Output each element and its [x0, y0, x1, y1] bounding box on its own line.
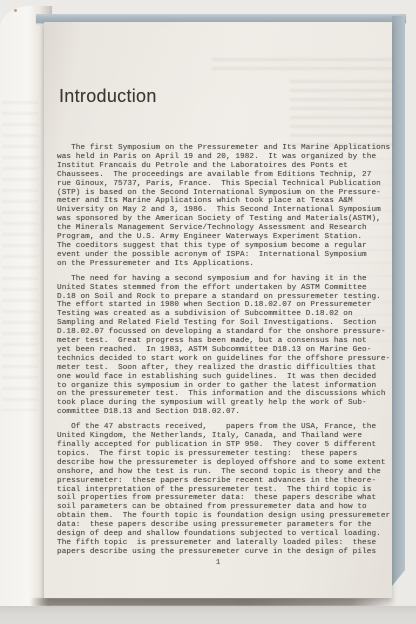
table-surface — [0, 606, 416, 624]
page-bleedthrough — [2, 101, 38, 411]
page-bleedthrough — [212, 58, 394, 70]
paragraph-3: Of the 47 abstracts received, papers fro… — [57, 423, 397, 557]
book-page: Introduction The first Symposium on the … — [44, 22, 392, 598]
page-title: Introduction — [59, 86, 157, 107]
paragraph-2: The need for having a second symposium a… — [57, 275, 397, 418]
page-number: 1 — [44, 559, 392, 567]
page-body: The first Symposium on the Pressuremeter… — [57, 144, 397, 563]
book-photo-scene: Introduction The first Symposium on the … — [0, 0, 416, 624]
page-bottom-shadow — [30, 598, 396, 606]
paragraph-1: The first Symposium on the Pressuremeter… — [57, 144, 397, 269]
page-bleedthrough — [290, 80, 394, 146]
paper-speck — [14, 9, 17, 12]
